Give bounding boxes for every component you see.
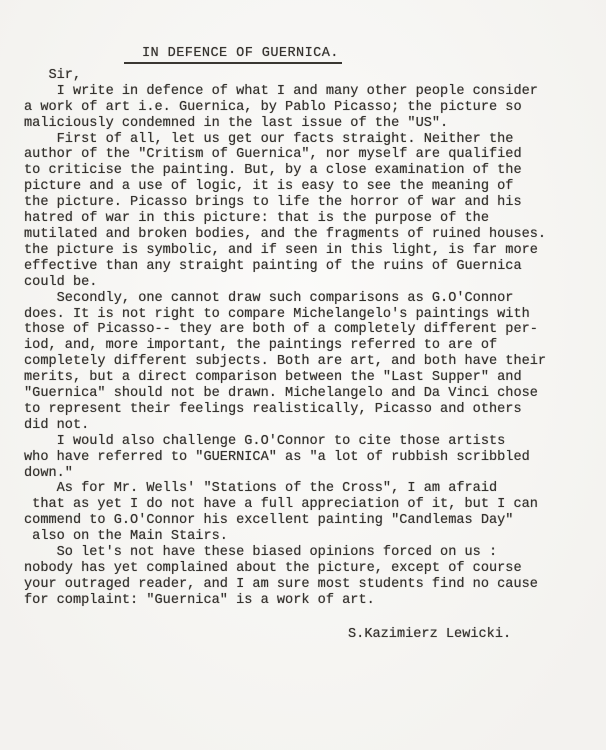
- document-page: IN DEFENCE OF GUERNICA. Sir, I write in …: [0, 0, 606, 750]
- letter-title: IN DEFENCE OF GUERNICA.: [124, 46, 342, 64]
- letter-title-row: IN DEFENCE OF GUERNICA.: [124, 46, 586, 64]
- signature: S.Kazimierz Lewicki.: [348, 627, 586, 643]
- letter-body: Sir, I write in defence of what I and ma…: [24, 68, 586, 609]
